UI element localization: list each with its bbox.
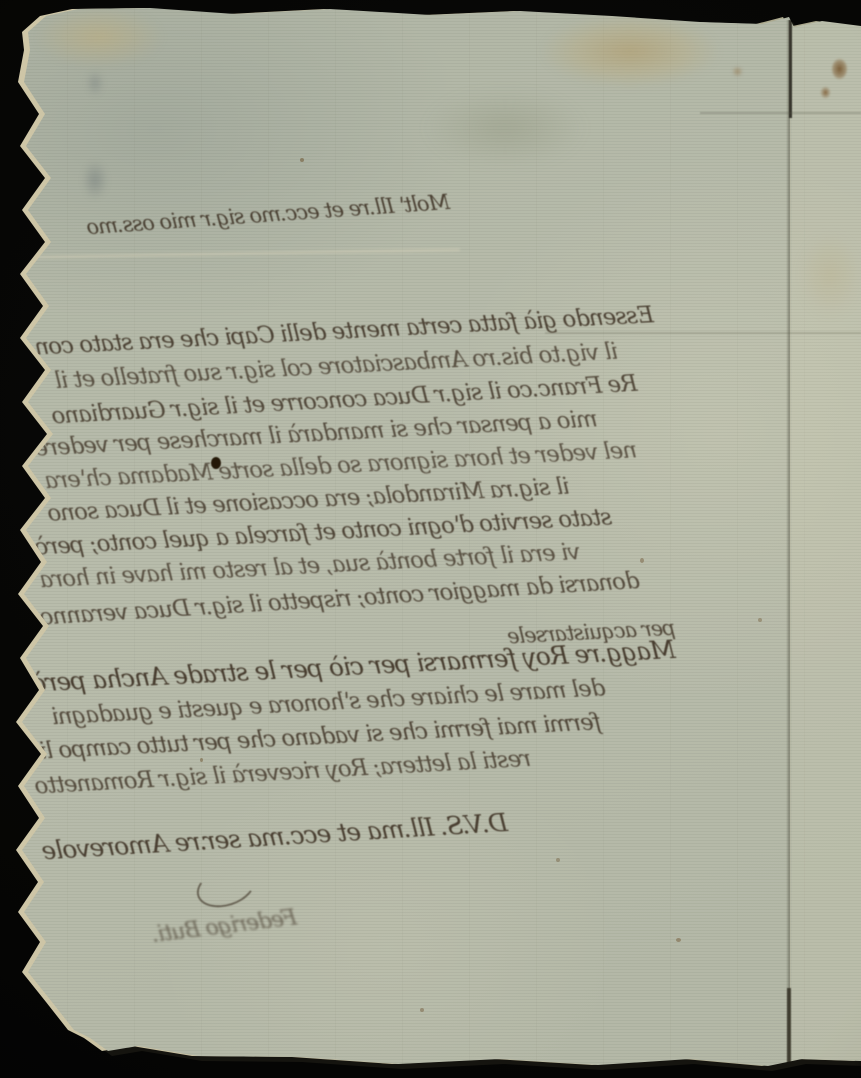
signature-line: Federigo Buti. [151,900,348,948]
manuscript-scan: Molt' Ill.re et ecc.mo sig.r mio oss.mo … [0,0,861,1078]
closing-formula-line: D.V.S. Ill.ma et ecc.ma ser.re Amorevole [42,807,548,865]
handwriting-block: Molt' Ill.re et ecc.mo sig.r mio oss.mo … [0,0,861,1078]
paper-sheet: Molt' Ill.re et ecc.mo sig.r mio oss.mo … [0,0,861,1078]
handwriting-header-line: Molt' Ill.re et ecc.mo sig.r mio oss.mo [87,190,468,240]
closing-paraph-flourish [192,860,261,915]
